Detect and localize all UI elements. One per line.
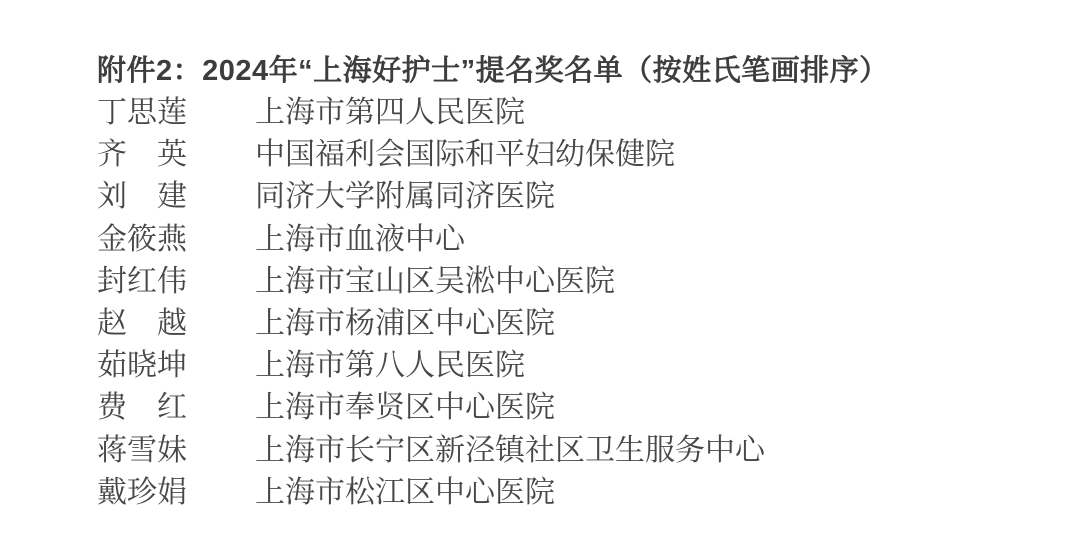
nurse-name: 蒋雪妹	[97, 430, 189, 472]
nurse-name: 刘 建	[97, 176, 189, 218]
institution-name: 上海市宝山区吴淞中心医院	[255, 261, 615, 303]
list-item: 费 红上海市奉贤区中心医院	[97, 387, 889, 429]
nurse-name: 丁思莲	[97, 92, 189, 134]
nurse-name: 齐 英	[97, 134, 189, 176]
institution-name: 上海市奉贤区中心医院	[255, 387, 555, 429]
award-list: 丁思莲上海市第四人民医院 齐 英中国福利会国际和平妇幼保健院 刘 建同济大学附属…	[97, 92, 889, 514]
list-item: 茹晓坤上海市第八人民医院	[97, 345, 889, 387]
list-item: 封红伟上海市宝山区吴淞中心医院	[97, 261, 889, 303]
document-page: 附件2：2024年“上海好护士”提名奖名单（按姓氏笔画排序） 丁思莲上海市第四人…	[0, 0, 1080, 550]
list-item: 丁思莲上海市第四人民医院	[97, 92, 889, 134]
nurse-name: 茹晓坤	[97, 345, 189, 387]
nurse-name: 金筱燕	[97, 219, 189, 261]
list-item: 蒋雪妹上海市长宁区新泾镇社区卫生服务中心	[97, 430, 889, 472]
list-item: 刘 建同济大学附属同济医院	[97, 176, 889, 218]
list-item: 金筱燕上海市血液中心	[97, 219, 889, 261]
institution-name: 上海市血液中心	[255, 219, 465, 261]
institution-name: 上海市杨浦区中心医院	[255, 303, 555, 345]
list-item: 戴珍娟上海市松江区中心医院	[97, 472, 889, 514]
page-title: 附件2：2024年“上海好护士”提名奖名单（按姓氏笔画排序）	[97, 50, 889, 92]
list-item: 齐 英中国福利会国际和平妇幼保健院	[97, 134, 889, 176]
institution-name: 上海市长宁区新泾镇社区卫生服务中心	[255, 430, 765, 472]
nurse-name: 戴珍娟	[97, 472, 189, 514]
list-item: 赵 越上海市杨浦区中心医院	[97, 303, 889, 345]
institution-name: 同济大学附属同济医院	[255, 176, 555, 218]
institution-name: 上海市第四人民医院	[255, 92, 525, 134]
nurse-name: 封红伟	[97, 261, 189, 303]
institution-name: 上海市松江区中心医院	[255, 472, 555, 514]
document-content: 附件2：2024年“上海好护士”提名奖名单（按姓氏笔画排序） 丁思莲上海市第四人…	[97, 50, 889, 514]
institution-name: 上海市第八人民医院	[255, 345, 525, 387]
nurse-name: 赵 越	[97, 303, 189, 345]
nurse-name: 费 红	[97, 387, 189, 429]
institution-name: 中国福利会国际和平妇幼保健院	[255, 134, 675, 176]
